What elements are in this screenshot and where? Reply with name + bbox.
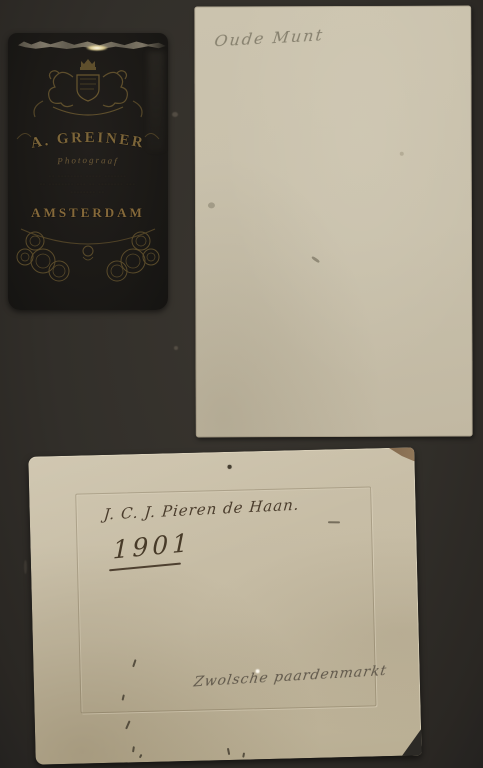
background-fleck <box>174 346 178 350</box>
medallion-icon <box>83 246 93 260</box>
stain-speck <box>311 256 320 264</box>
profession-label: Photograaf <box>56 155 119 166</box>
light-glint <box>86 45 108 51</box>
imprint-line-1: ·· ········ ····· ······· <box>8 174 168 182</box>
imprint-line-3: ········ ·· <box>8 190 168 198</box>
coat-of-arms-icon <box>13 57 163 127</box>
studio-name: A. GREINER <box>29 130 146 152</box>
crown-icon <box>80 59 96 70</box>
svg-text:Photograaf: Photograaf <box>56 155 119 166</box>
ink-splatter <box>132 746 135 752</box>
svg-text:A. GREINER: A. GREINER <box>29 130 146 152</box>
pencil-inscription: Oude Munt <box>213 20 415 50</box>
city-label: AMSTERDAM <box>8 205 168 221</box>
background-fleck <box>24 560 27 574</box>
profession-arc: Photograaf <box>13 151 163 173</box>
garland-swag <box>21 229 155 244</box>
imprint-line-2: ·· ········ ··· ·· ········ ··· <box>8 182 168 190</box>
medallion-icon <box>107 232 159 281</box>
ink-splatter <box>139 754 143 758</box>
background-fleck <box>172 112 178 117</box>
award-medallions <box>13 225 163 289</box>
stain-speck <box>208 202 215 208</box>
medallion-icon <box>17 232 69 281</box>
photo-backdrop: A. GREINER Photograaf ·· ········ ····· … <box>0 0 483 768</box>
ink-splatter <box>328 521 340 523</box>
torn-corner-chip <box>386 447 414 462</box>
stain-speck <box>400 152 404 156</box>
white-speck <box>256 669 260 673</box>
market-card-back: J. C. J. Pieren de Haan. 1901 Zwolsche p… <box>28 447 421 764</box>
pin-hole <box>228 465 232 469</box>
greiner-cabinet-card: A. GREINER Photograaf ·· ········ ····· … <box>8 33 168 310</box>
torn-corner-notch <box>397 729 422 756</box>
ink-splatter <box>125 720 130 729</box>
ink-splatter <box>227 748 230 755</box>
plain-card-back: Oude Munt <box>194 6 473 438</box>
ink-splatter <box>242 752 245 757</box>
